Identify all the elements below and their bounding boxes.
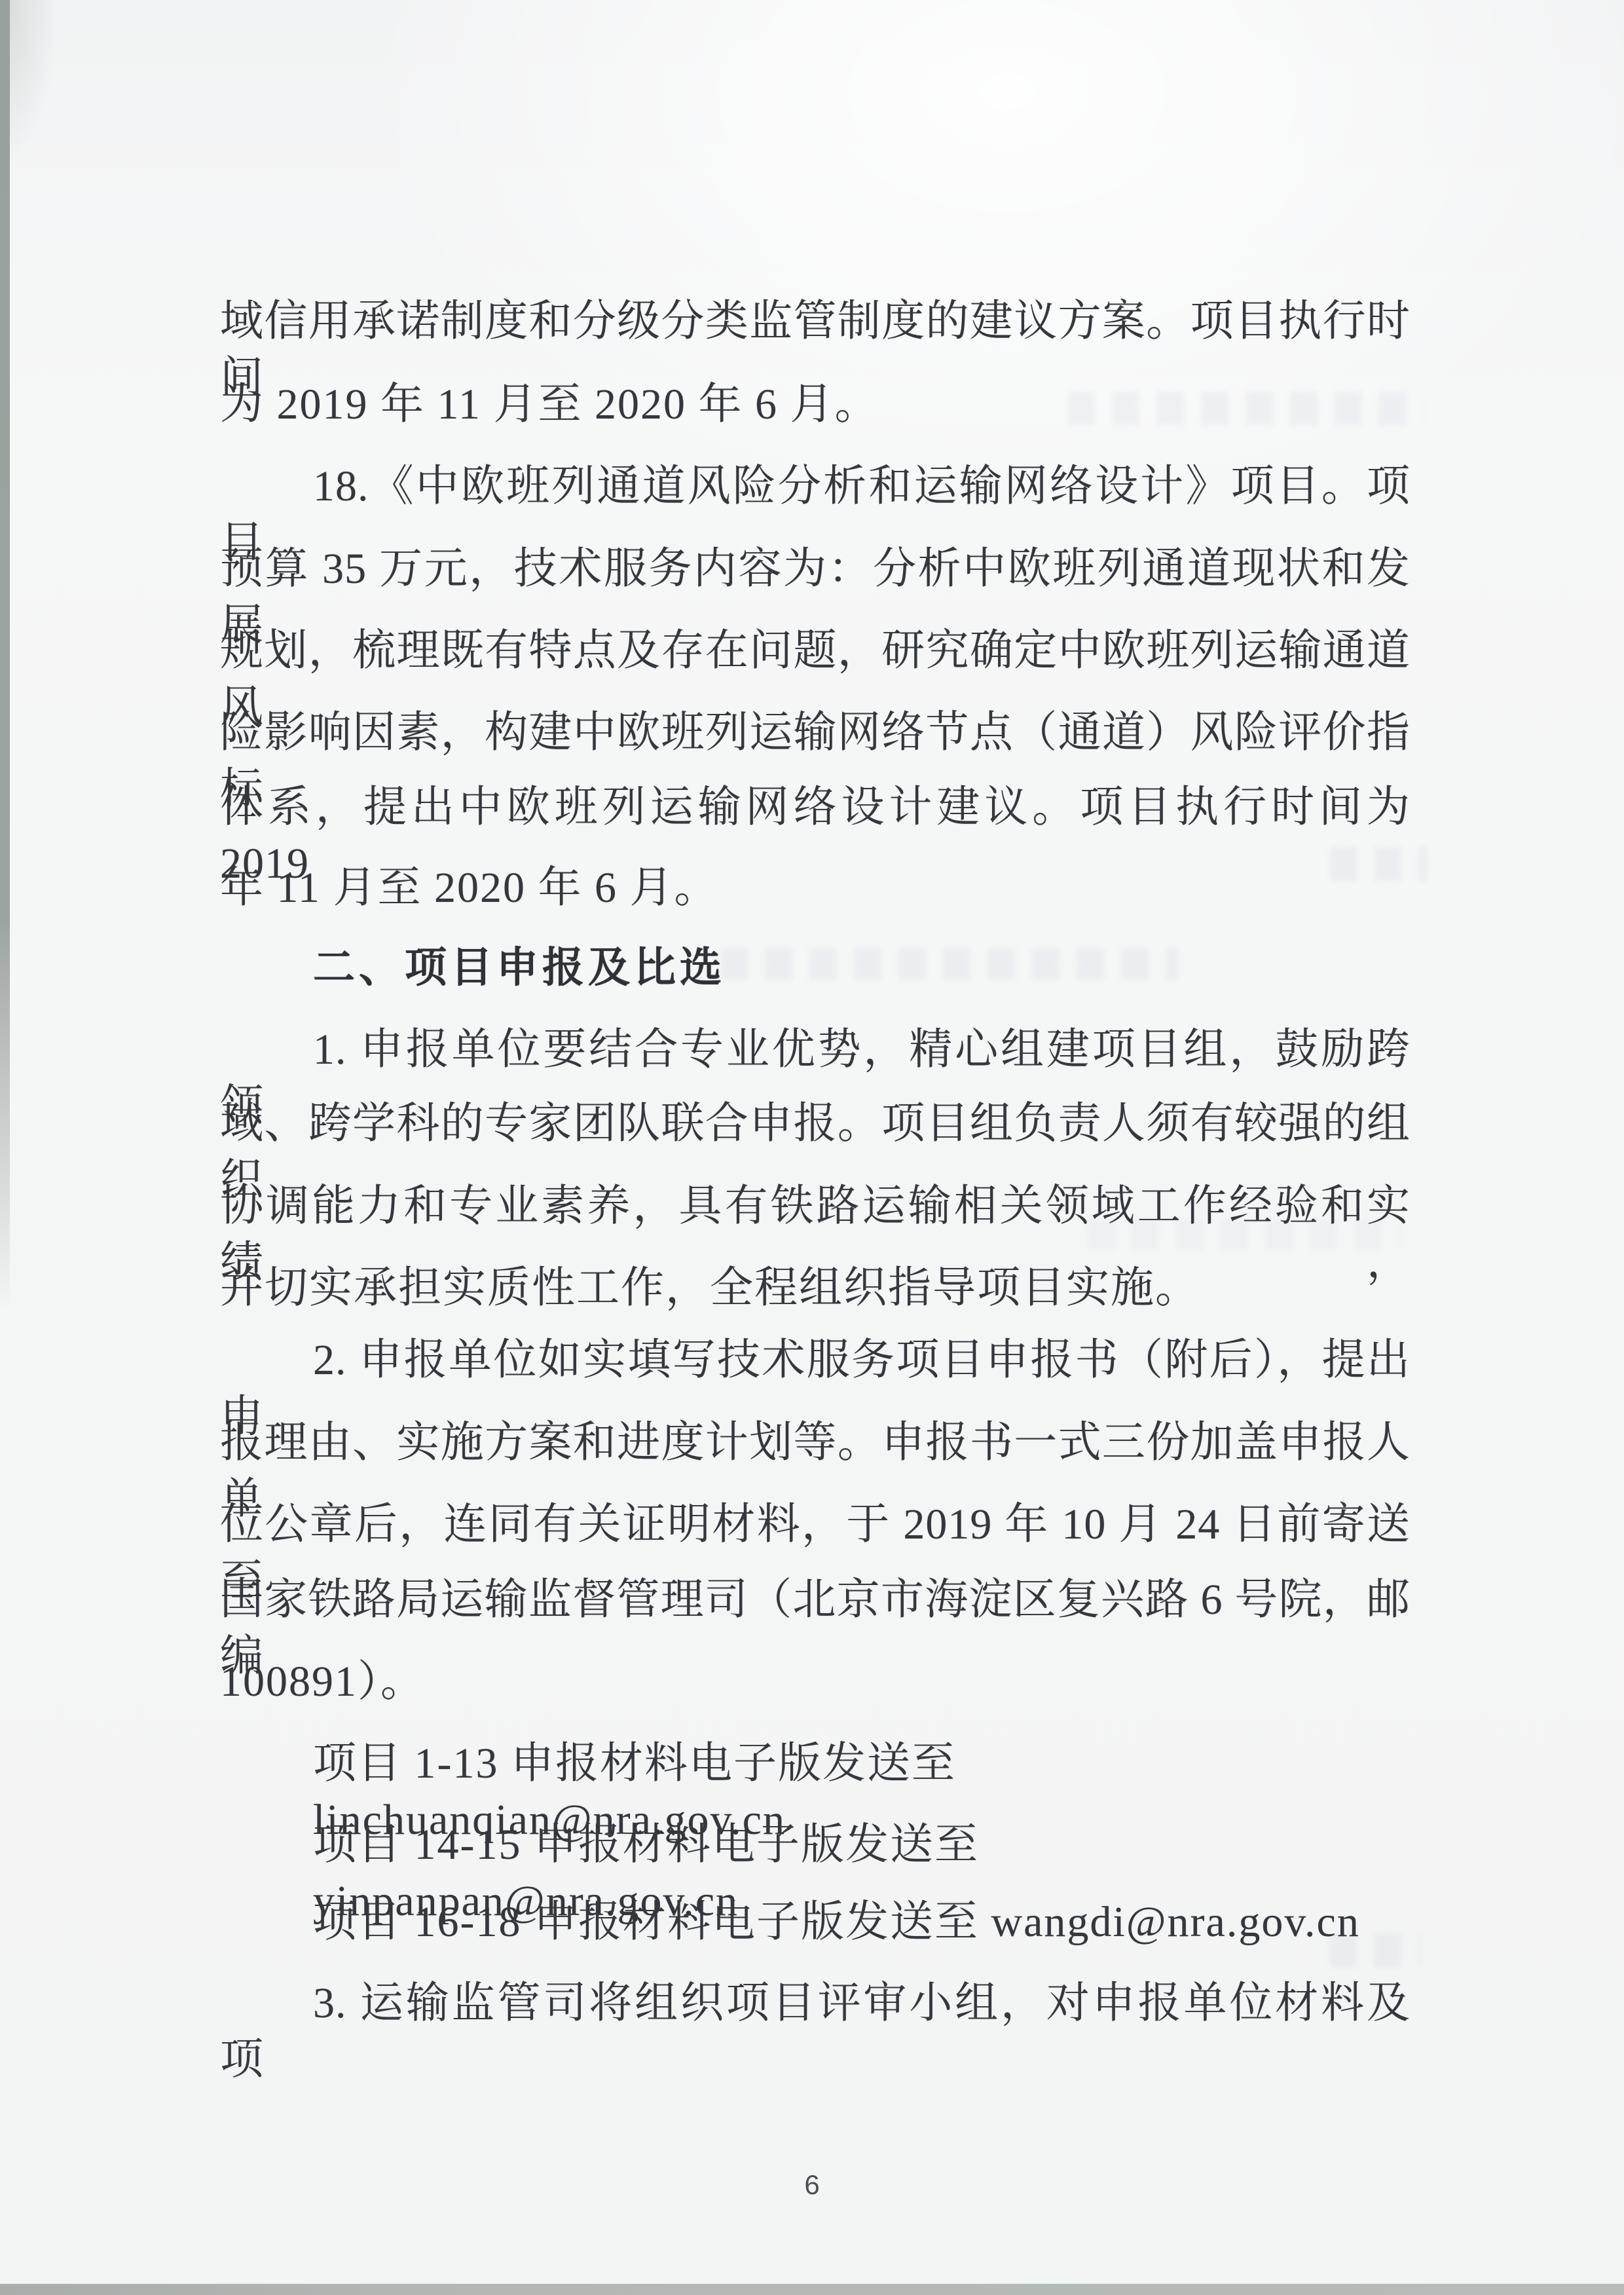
document-page: 域信用承诺制度和分级分类监管制度的建议方案。项目执行时间 为 2019 年 11… bbox=[0, 0, 1624, 2295]
paragraph-line: 2. 申报单位如实填写技术服务项目申报书（附后），提出申 bbox=[220, 1332, 1411, 1389]
paragraph-line: 1. 申报单位要结合专业优势，精心组建项目组，鼓励跨领 bbox=[220, 1022, 1411, 1078]
paragraph-line: 18.《中欧班列通道风险分析和运输网络设计》项目。项目 bbox=[220, 458, 1411, 515]
paragraph-line: 并切实承担实质性工作，全程组织指导项目实施。 bbox=[220, 1260, 1411, 1316]
paragraph-line: 国家铁路局运输监督管理司（北京市海淀区复兴路 6 号院，邮编 bbox=[220, 1572, 1411, 1628]
paragraph-line: 100891）。 bbox=[220, 1654, 1411, 1710]
paragraph-line: 域、跨学科的专家团队联合申报。项目组负责人须有较强的组织 bbox=[220, 1096, 1411, 1152]
paragraph-line: 规划，梳理既有特点及存在问题，研究确定中欧班列运输通道风 bbox=[220, 623, 1411, 679]
paragraph-line: 年 11 月至 2020 年 6 月。 bbox=[220, 860, 1411, 916]
email-line: 项目 14-15 申报材料电子版发送至 yinpanpan@nra.gov.cn bbox=[313, 1817, 1411, 1873]
paragraph-line: 预算 35 万元，技术服务内容为：分析中欧班列通道现状和发展 bbox=[220, 541, 1411, 597]
section-heading: 二、项目申报及比选 bbox=[313, 939, 1411, 996]
paragraph-line: 险影响因素，构建中欧班列运输网络节点（通道）风险评价指标 bbox=[220, 705, 1411, 761]
paragraph-line: 位公章后，连同有关证明材料，于 2019 年 10 月 24 日前寄送至 bbox=[220, 1497, 1411, 1553]
paragraph-line: 域信用承诺制度和分级分类监管制度的建议方案。项目执行时间 bbox=[220, 293, 1411, 350]
paragraph-line: 协调能力和专业素养，具有铁路运输相关领域工作经验和实绩， bbox=[220, 1178, 1411, 1235]
paragraph-line: 3. 运输监管司将组织项目评审小组，对申报单位材料及项 bbox=[220, 1975, 1411, 2032]
scan-edge-left bbox=[0, 0, 10, 1310]
email-line: 项目 16-18 申报材料电子版发送至 wangdi@nra.gov.cn bbox=[313, 1894, 1411, 1950]
paragraph-line: 体系，提出中欧班列运输网络设计建议。项目执行时间为 2019 bbox=[220, 779, 1411, 836]
scan-edge-bottom bbox=[0, 2284, 1624, 2295]
paragraph-line: 报理由、实施方案和进度计划等。申报书一式三份加盖申报人单 bbox=[220, 1415, 1411, 1471]
page-number: 6 bbox=[0, 2165, 1624, 2205]
paragraph-line: 为 2019 年 11 月至 2020 年 6 月。 bbox=[220, 377, 1411, 433]
email-line: 项目 1-13 申报材料电子版发送至 linchuanqian@nra.gov.… bbox=[313, 1736, 1411, 1792]
